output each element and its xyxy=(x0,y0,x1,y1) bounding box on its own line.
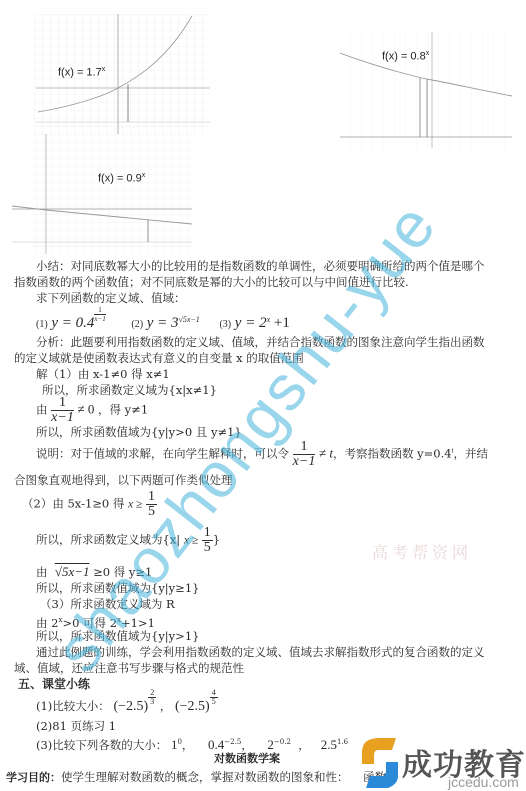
summary-line-2: 指数函数的两个函数值；对不同底数是幂的大小的比较可以与中间值进行比较. xyxy=(14,274,409,290)
graph-3-label: f(x) = 0.9x xyxy=(98,172,145,185)
problem-1: (1) y = 0.41x−1 xyxy=(36,316,109,330)
exercise-2: (2)81 页练习 1 xyxy=(36,718,116,734)
graph-exp-1-7: f(x) = 1.7x xyxy=(34,14,210,134)
solution-2-sqrt: 由 √5x−1 ≥0 得 y≥1 xyxy=(36,564,152,580)
problem-list: (1) y = 0.41x−1 (2) y = 3√5x−1 (3) y = 2… xyxy=(36,312,290,332)
section-5-heading: 五、课堂小练 xyxy=(18,676,90,692)
logo-mark-icon xyxy=(358,736,402,790)
solution-2-step: （2）由 5x-1≥0 得 x ≥ 15 xyxy=(22,490,157,524)
task-heading: 求下列函数的定义域、值域： xyxy=(36,290,186,306)
problem-3: (3) y = 2x +1 xyxy=(219,316,289,330)
learning-goal: 学习目的：使学生理解对数函数的概念，掌握对数函数的图象和性： 函数 xyxy=(6,769,386,786)
solution-1-step: 解（1）由 x-1≠0 得 x≠1 xyxy=(36,366,170,382)
note-line-2: 合图象直观地得到，以下两题可作类似处理 xyxy=(14,472,233,488)
conclusion-line-2: 域、值域，还应注意书写步骤与格式的规范性 xyxy=(14,660,244,676)
graph-3-plot xyxy=(12,134,192,254)
solution-3-domain: （3）所求函数定义域为 R xyxy=(40,596,175,612)
exercise-3: (3)比较下列各数的大小： 10， 0.4−2.5， 2−0.2 ， 2.51.… xyxy=(36,734,348,753)
problem-2: (2) y = 3√5x−1 xyxy=(131,316,203,330)
graph-2-plot xyxy=(340,30,512,150)
exercise-1: (1)比较大小： (−2.5)23 ， (−2.5)45 xyxy=(36,692,218,720)
logo: 成功教育 jccedu.com xyxy=(358,736,526,791)
analysis-line-1: 分析：此题要利用指数函数的定义域、值域，并结合指数函数的图象注意向学生指出函数 xyxy=(36,334,485,350)
logo-url: jccedu.com xyxy=(448,774,519,790)
graph-exp-0-9: f(x) = 0.9x xyxy=(12,134,192,254)
solution-2-domain: 所以，所求函数定义域为{x| x ≥ 15} xyxy=(36,526,220,560)
analysis-line-2: 的定义域就是使函数表达式有意义的自变量 x 的取值范围 xyxy=(14,350,304,366)
note-line-1: 说明：对于值域的求解，在向学生解释时，可以令 1x−1 ≠ t，考察指数函数 y… xyxy=(36,440,488,474)
solution-2-range: 所以，所求函数值域为{y|y≥1} xyxy=(36,580,199,596)
solution-3-range: 所以，所求函数值域为{y|y>1} xyxy=(36,628,199,644)
faint-stamp: 高考帮资网 xyxy=(372,540,472,563)
solution-1-range: 所以，所求函数值域为{y|y>0 且 y≠1} xyxy=(36,424,242,440)
graph-1-label: f(x) = 1.7x xyxy=(58,66,105,79)
graph-exp-0-8: f(x) = 0.8x xyxy=(340,30,512,150)
summary-line-1: 小结：对同底数幂大小的比较用的是指数函数的单调性，必须要明确所给的两个值是哪个 xyxy=(36,258,485,274)
conclusion-line-1: 通过此例题的训练，学会利用指数函数的定义域、值域去求解指数形式的复合函数的定义 xyxy=(36,644,485,660)
graph-2-label: f(x) = 0.8x xyxy=(382,50,429,63)
next-section-title: 对数函数学案 xyxy=(214,751,280,767)
